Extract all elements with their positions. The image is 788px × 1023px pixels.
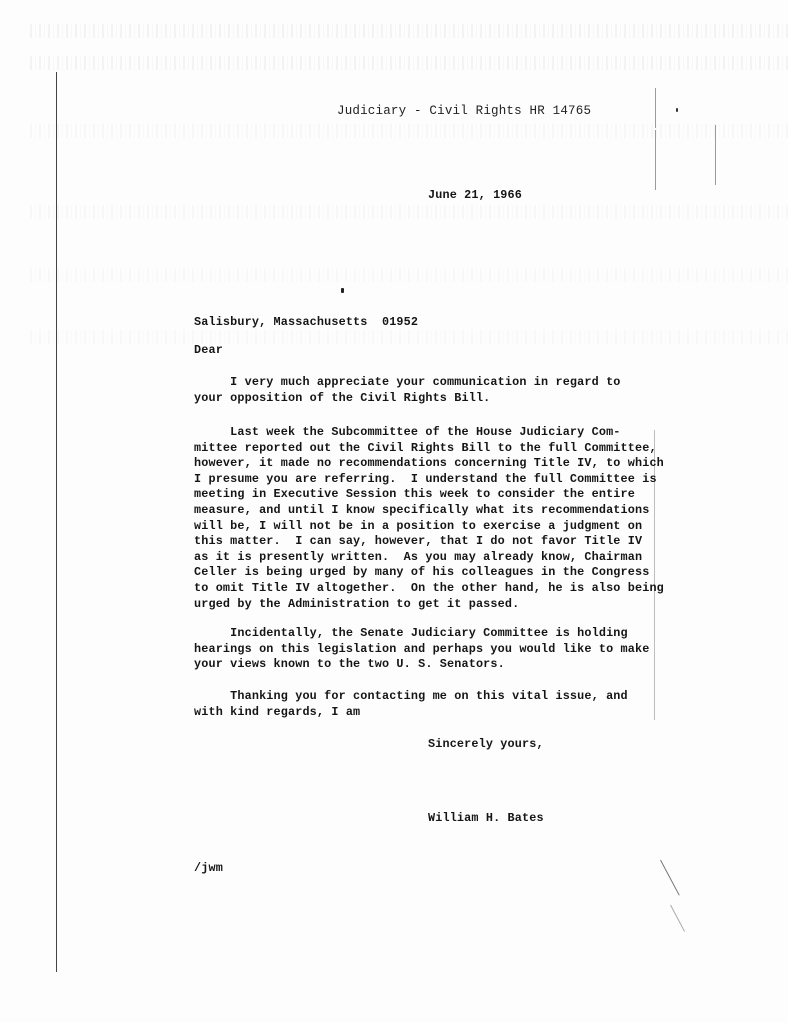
paragraph-line: Celler is being urged by many of his col… [194,565,664,581]
scan-noise [30,268,788,282]
signer-name: William H. Bates [428,811,544,827]
scan-speck [676,108,678,112]
paragraph-line: Incidentally, the Senate Judiciary Commi… [194,626,649,642]
scan-noise [30,24,788,38]
paragraph-line: will be, I will not be in a position to … [194,519,664,535]
letter-date: June 21, 1966 [428,188,522,204]
paragraph-line: your views known to the two U. S. Senato… [194,657,649,673]
paragraph-line: Last week the Subcommittee of the House … [194,425,664,441]
paragraph-line: meeting in Executive Session this week t… [194,487,664,503]
paragraph-line: with kind regards, I am [194,705,628,721]
paragraph-line: measure, and until I know specifically w… [194,503,664,519]
scan-noise [30,124,788,138]
paragraph-line: however, it made no recommendations conc… [194,456,664,472]
salutation: Dear [194,343,223,359]
scan-artifact-line [655,130,656,190]
scan-artifact-line [655,88,656,128]
recipient-address: Salisbury, Massachusetts 01952 [194,315,418,331]
paragraph-line: mittee reported out the Civil Rights Bil… [194,441,664,457]
subject-header: Judiciary - Civil Rights HR 14765 [337,104,591,118]
paragraph-line: your opposition of the Civil Rights Bill… [194,391,621,407]
closing: Sincerely yours, [428,737,544,753]
scan-noise [30,56,788,70]
scan-speck [341,288,344,293]
paragraph-3: Incidentally, the Senate Judiciary Commi… [194,626,649,673]
paragraph-line: urged by the Administration to get it pa… [194,597,664,613]
typist-initials: /jwm [194,861,223,877]
scan-noise [30,205,788,219]
paragraph-line: I presume you are referring. I understan… [194,472,664,488]
paragraph-1: I very much appreciate your communicatio… [194,375,621,406]
paragraph-line: I very much appreciate your communicatio… [194,375,621,391]
paragraph-4: Thanking you for contacting me on this v… [194,689,628,720]
scan-edge-line-left [56,72,57,972]
paragraph-line: as it is presently written. As you may a… [194,550,664,566]
scan-artifact-diagonal [660,860,680,896]
paragraph-line: Thanking you for contacting me on this v… [194,689,628,705]
scan-artifact-diagonal [670,905,685,932]
paragraph-line: hearings on this legislation and perhaps… [194,642,649,658]
paragraph-line: this matter. I can say, however, that I … [194,534,664,550]
paragraph-2: Last week the Subcommittee of the House … [194,425,664,612]
scan-artifact-line [715,125,716,185]
scan-noise [30,330,788,344]
paragraph-line: to omit Title IV altogether. On the othe… [194,581,664,597]
